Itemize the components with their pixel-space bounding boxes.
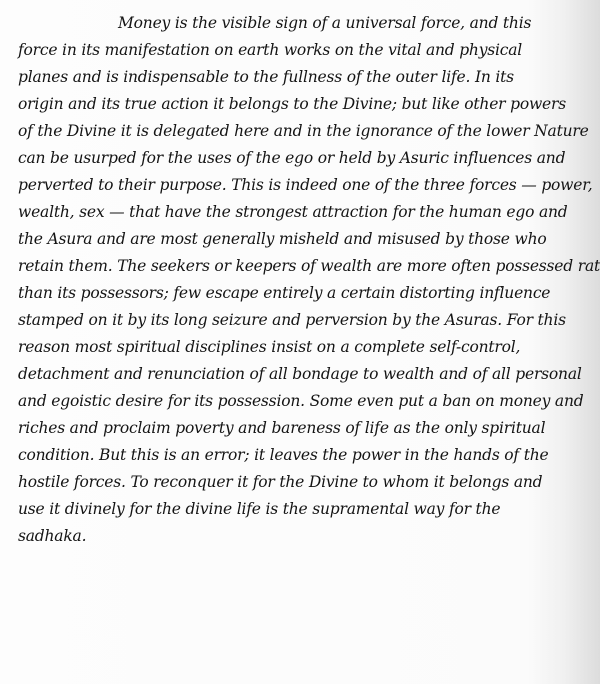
- text-line: and egoistic desire for its possession. …: [18, 392, 583, 410]
- text-line: detachment and renunciation of all bonda…: [18, 365, 582, 383]
- text-line: use it divinely for the divine life is t…: [18, 500, 500, 518]
- text-line: Money is the visible sign of a universal…: [118, 14, 531, 32]
- text-line: riches and proclaim poverty and bareness…: [18, 419, 545, 437]
- text-line: planes and is indispensable to the fulln…: [18, 68, 514, 86]
- text-line: wealth, sex — that have the strongest at…: [18, 203, 568, 221]
- text-line: the Asura and are most generally misheld…: [18, 230, 546, 248]
- text-line: force in its manifestation on earth work…: [18, 41, 522, 59]
- text-line: origin and its true action it belongs to…: [18, 95, 566, 113]
- text-line: can be usurped for the uses of the ego o…: [18, 149, 565, 167]
- text-line: retain them. The seekers or keepers of w…: [18, 257, 600, 275]
- text-line: condition. But this is an error; it leav…: [18, 446, 548, 464]
- text-line: of the Divine it is delegated here and i…: [18, 122, 589, 140]
- text-line: perverted to their purpose. This is inde…: [18, 176, 592, 194]
- text-line: sadhaka.: [18, 527, 86, 545]
- manuscript-page: Money is the visible sign of a universal…: [0, 0, 600, 684]
- text-line: than its possessors; few escape entirely…: [18, 284, 550, 302]
- text-line: reason most spiritual disciplines insist…: [18, 338, 520, 356]
- text-line: hostile forces. To reconquer it for the …: [18, 473, 542, 491]
- text-line: stamped on it by its long seizure and pe…: [18, 311, 566, 329]
